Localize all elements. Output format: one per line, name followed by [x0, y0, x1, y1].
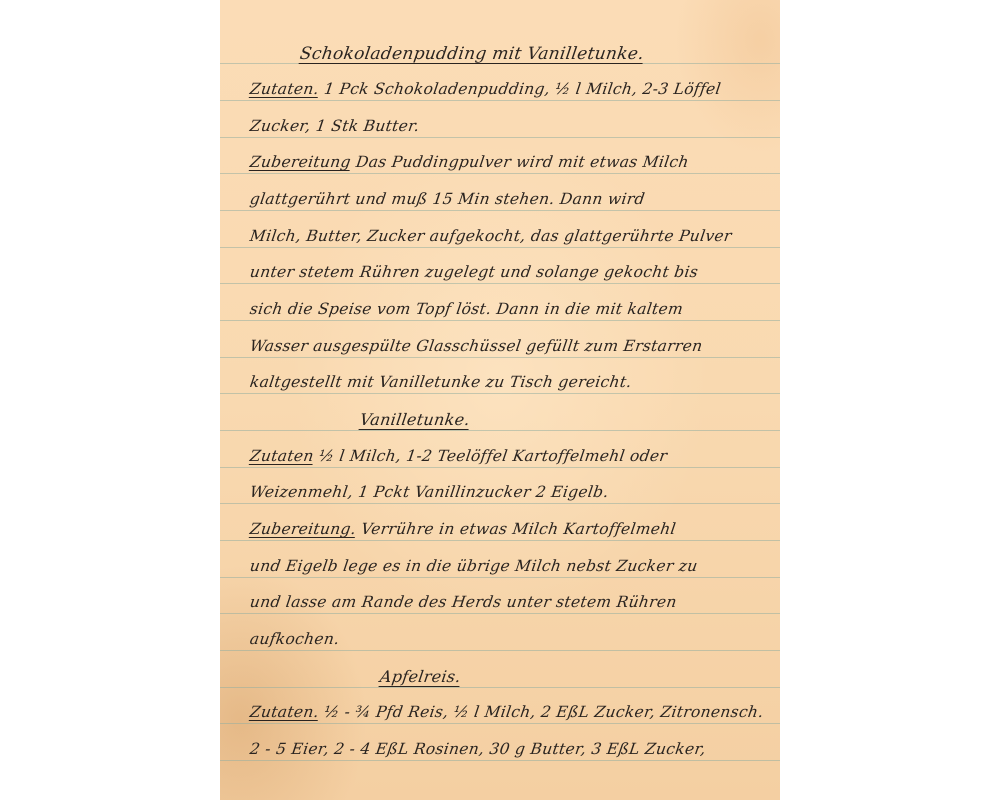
recipe-3-ingredients-line-2: 2 - 5 Eier, 2 - 4 EßL Rosinen, 30 g Butt…	[249, 740, 772, 758]
prep-text: Verrühre in etwas Milch Kartoffelmehl	[355, 520, 677, 538]
ruled-line	[220, 540, 780, 541]
recipe-3-ingredients-line-1: Zutaten. ½ - ¾ Pfd Reis, ½ l Milch, 2 Eß…	[249, 703, 772, 721]
ruled-line	[220, 320, 780, 321]
recipe-1-prep-line-2: glattgerührt und muß 15 Min stehen. Dann…	[249, 190, 772, 208]
recipe-1-prep-line-6: Wasser ausgespülte Glasschüssel gefüllt …	[249, 337, 772, 355]
ruled-line	[220, 503, 780, 504]
recipe-1-prep-line-4: unter stetem Rühren zugelegt und solange…	[249, 263, 772, 281]
ruled-line	[220, 173, 780, 174]
ingredients-label: Zutaten.	[249, 703, 320, 721]
ruled-line	[220, 723, 780, 724]
preparation-label: Zubereitung.	[249, 520, 358, 538]
recipe-1-prep-line-7: kaltgestellt mit Vanilletunke zu Tisch g…	[249, 373, 772, 391]
ruled-line	[220, 283, 780, 284]
ruled-line	[220, 467, 780, 468]
ingredients-text: 1 Pck Schokoladenpudding, ½ l Milch, 2-3…	[318, 80, 722, 98]
ruled-line	[220, 760, 780, 761]
notebook-page: Schokoladenpudding mit Vanilletunke. Zut…	[220, 0, 780, 800]
recipe-3-title: Apfelreis.	[379, 667, 780, 686]
ruled-line	[220, 687, 780, 688]
recipe-1-title: Schokoladenpudding mit Vanilletunke.	[299, 44, 780, 64]
ruled-line	[220, 577, 780, 578]
ingredients-label: Zutaten	[249, 447, 315, 465]
ingredients-label: Zutaten.	[249, 80, 320, 98]
recipe-2-prep-line-1: Zubereitung. Verrühre in etwas Milch Kar…	[249, 520, 772, 538]
recipe-1-prep-line-5: sich die Speise vom Topf löst. Dann in d…	[249, 300, 772, 318]
ingredients-text: ½ - ¾ Pfd Reis, ½ l Milch, 2 EßL Zucker,…	[318, 703, 765, 721]
ruled-line	[220, 430, 780, 431]
recipe-2-ingredients-line-2: Weizenmehl, 1 Pckt Vanillinzucker 2 Eige…	[249, 483, 772, 501]
ruled-line	[220, 613, 780, 614]
preparation-label: Zubereitung	[249, 153, 352, 171]
recipe-2-prep-line-4: aufkochen.	[249, 630, 772, 648]
ruled-line	[220, 247, 780, 248]
recipe-1-ingredients-line-1: Zutaten. 1 Pck Schokoladenpudding, ½ l M…	[249, 80, 772, 98]
recipe-1-prep-line-3: Milch, Butter, Zucker aufgekocht, das gl…	[249, 227, 772, 245]
ruled-line	[220, 137, 780, 138]
ruled-line	[220, 100, 780, 101]
recipe-1-ingredients-line-2: Zucker, 1 Stk Butter.	[249, 117, 772, 135]
recipe-1-prep-line-1: Zubereitung Das Puddingpulver wird mit e…	[249, 153, 772, 171]
ingredients-text: ½ l Milch, 1-2 Teelöffel Kartoffelmehl o…	[312, 447, 668, 465]
recipe-2-prep-line-2: und Eigelb lege es in die übrige Milch n…	[249, 557, 772, 575]
recipe-2-prep-line-3: und lasse am Rande des Herds unter stete…	[249, 593, 772, 611]
ruled-line	[220, 393, 780, 394]
recipe-2-ingredients-line-1: Zutaten ½ l Milch, 1-2 Teelöffel Kartoff…	[249, 447, 772, 465]
recipe-2-title: Vanilletunke.	[359, 410, 780, 429]
ruled-line	[220, 210, 780, 211]
ruled-line	[220, 357, 780, 358]
prep-text: Das Puddingpulver wird mit etwas Milch	[350, 153, 690, 171]
ruled-line	[220, 650, 780, 651]
